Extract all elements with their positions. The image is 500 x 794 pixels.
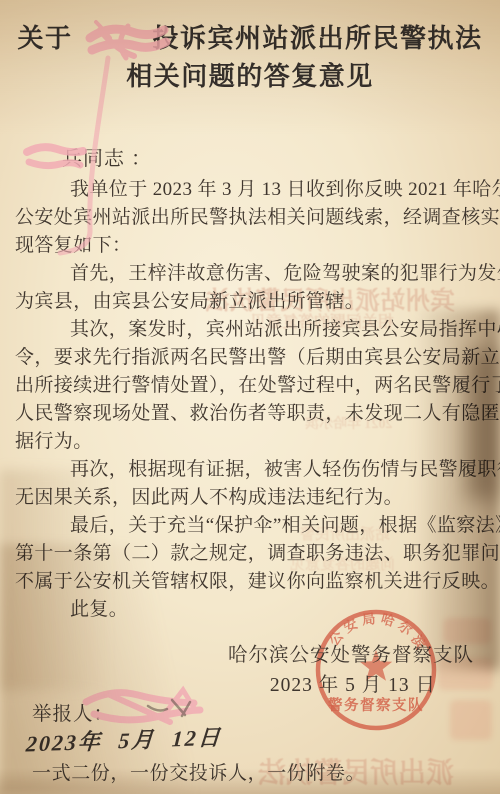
document-photo: 宾州站派出所民警执法 相关问题的答复意见 2021 年哈尔滨 站派出所民警 问题… xyxy=(0,0,500,794)
body-line: 其次，案发时，宾州站派出所接宾县公安局指挥中心指 xyxy=(15,316,493,344)
signature-date: 2023 年 5 月 13 日 xyxy=(270,669,436,697)
body-line: 令，要求先行指派两名民警出警（后期由宾县公安局新立派 xyxy=(15,344,493,372)
redacted-name-space xyxy=(73,22,153,52)
body-line: 最后，关于充当“保护伞”相关问题，根据《监察法》 xyxy=(15,512,493,540)
body-line: 此复。 xyxy=(15,596,493,624)
document-title-line2: 相关问题的答复意见 xyxy=(0,56,500,93)
signature-organization: 哈尔滨公安处警务督察支队 xyxy=(228,639,474,667)
body-line: 第十一条第（二）款之规定，调查职务违法、职务犯罪问题 xyxy=(15,540,493,568)
title-prefix: 关于 xyxy=(17,18,72,55)
document-body: 我单位于 2023 年 3 月 13 日收到你反映 2021 年哈尔滨 公安处宾… xyxy=(15,176,493,624)
seal-ink-smudge xyxy=(450,700,492,740)
title-suffix: 投诉宾州站派出所民警执法 xyxy=(153,18,483,55)
body-line: 现答复如下： xyxy=(15,232,493,260)
body-line: 无因果关系，因此两人不构成违法违纪行为。 xyxy=(15,484,493,512)
handwritten-date: 2023年 5月 12日 xyxy=(25,721,223,759)
body-line: 公安处宾州站派出所民警执法相关问题线索，经调查核实， xyxy=(15,204,493,232)
body-line: 首先，王梓沣故意伤害、危险驾驶案的犯罪行为发生地 xyxy=(15,260,493,288)
salutation: 兵同志 ： xyxy=(28,142,152,171)
distribution-note: 一式二份，一份交投诉人，一份附卷。 xyxy=(32,758,365,785)
body-line: 据行为。 xyxy=(15,428,493,456)
body-line: 出所接续进行警情处置），在处警过程中，两名民警履行了 xyxy=(15,372,493,400)
body-line: 人民警察现场处置、救治伤者等职责，未发现二人有隐匿证 xyxy=(15,400,493,428)
body-line: 不属于公安机关管辖权限，建议你向监察机关进行反映。 xyxy=(15,568,493,596)
body-line: 为宾县，由宾县公安局新立派出所管辖。 xyxy=(15,288,493,316)
body-line: 我单位于 2023 年 3 月 13 日收到你反映 2021 年哈尔滨 xyxy=(15,176,493,204)
seal-bottom-text: 警务督察支队 xyxy=(328,696,424,714)
document-title-line1: 关于 投诉宾州站派出所民警执法 xyxy=(0,18,500,55)
reporter-label: 举报人： xyxy=(32,698,114,726)
body-line: 再次，根据现有证据，被害人轻伤伤情与民警履职行为 xyxy=(15,456,493,484)
